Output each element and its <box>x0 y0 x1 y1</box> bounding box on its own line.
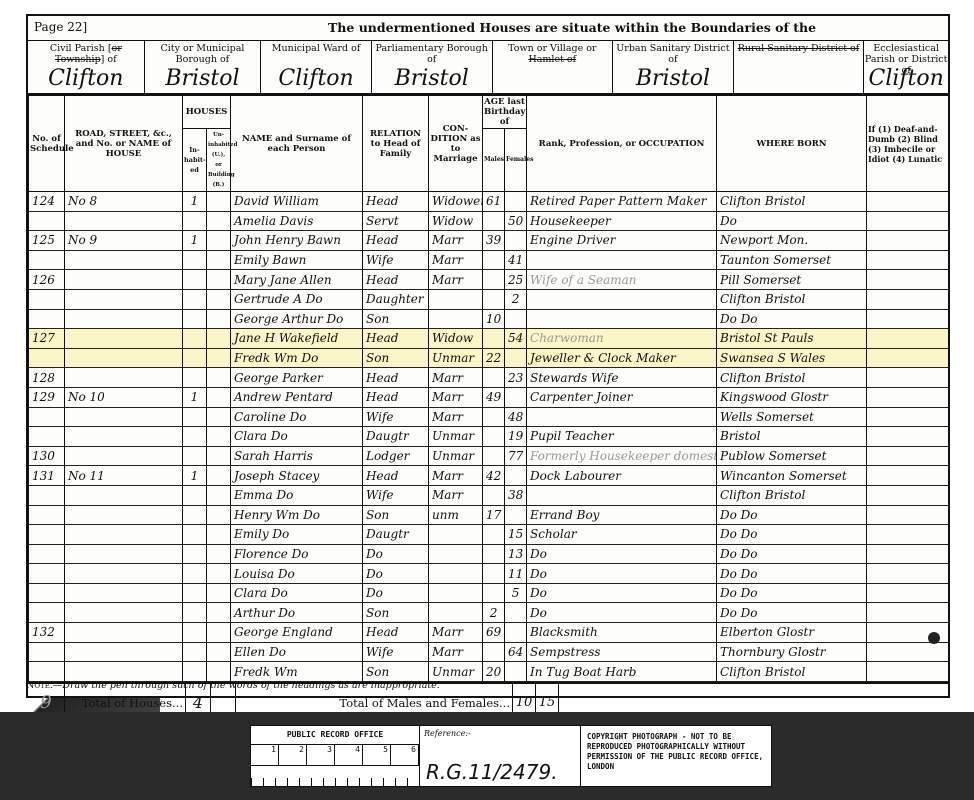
cell-schedule <box>29 662 65 682</box>
cell-condition: Widow <box>429 211 483 231</box>
table-row: Fredk WmSonUnmar20In Tug Boat HarbClifto… <box>29 662 949 682</box>
cell-occupation <box>527 485 717 505</box>
cell-condition: Marr <box>429 250 483 270</box>
cell-u <box>207 485 231 505</box>
cell-schedule <box>29 544 65 564</box>
census-sheet: Page 22] The undermentioned Houses are s… <box>26 14 950 698</box>
cell-schedule <box>29 642 65 662</box>
cell-inf <box>867 603 949 623</box>
cell-condition: Marr <box>429 642 483 662</box>
cell-road <box>65 407 183 427</box>
table-row: George Arthur DoSon10 MoDo Do <box>29 309 949 329</box>
scale-number: 5 <box>363 745 391 765</box>
cell-inf <box>867 309 949 329</box>
cell-name: George Parker <box>231 368 363 388</box>
cell-inf <box>867 525 949 545</box>
cell-femaleage: 41 <box>505 250 527 270</box>
cell-relation: Head <box>363 623 429 643</box>
cell-u <box>207 368 231 388</box>
cell-femaleage: 48 <box>505 407 527 427</box>
page-heading: The undermentioned Houses are situate wi… <box>328 20 816 35</box>
cell-inhabited: 1 <box>183 387 207 407</box>
cell-femaleage <box>505 387 527 407</box>
cell-femaleage: 64 <box>505 642 527 662</box>
cell-schedule: 129 <box>29 387 65 407</box>
cell-maleage <box>483 544 505 564</box>
cell-u <box>207 329 231 349</box>
cell-inf <box>867 485 949 505</box>
district-label: Rural Sanitary District of <box>734 41 864 54</box>
table-row: Florence DoDo13DoDo Do <box>29 544 949 564</box>
cell-road <box>65 603 183 623</box>
cell-femaleage <box>505 309 527 329</box>
table-row: Amelia DavisServtWidow50HousekeeperDo <box>29 211 949 231</box>
district-row: Civil Parish [or Township] ofCliftonCity… <box>28 41 948 95</box>
cell-u <box>207 309 231 329</box>
cell-born: Thornbury Glostr <box>717 642 867 662</box>
cell-road <box>65 250 183 270</box>
cell-condition <box>429 544 483 564</box>
cell-femaleage <box>505 192 527 212</box>
cell-name: Arthur Do <box>231 603 363 623</box>
cell-occupation: Do <box>527 583 717 603</box>
col-relation: RELATION to Head of Family <box>363 96 429 192</box>
cell-femaleage: 2 <box>505 289 527 309</box>
cell-born: Clifton Bristol <box>717 192 867 212</box>
district-value: Bristol <box>613 66 733 91</box>
cell-name: George England <box>231 623 363 643</box>
cell-schedule: 127 <box>29 329 65 349</box>
district-value: Clifton <box>864 66 948 91</box>
cell-relation: Son <box>363 603 429 623</box>
cell-born: Do Do <box>717 603 867 623</box>
cell-name: Andrew Pentard <box>231 387 363 407</box>
cell-condition: unm <box>429 505 483 525</box>
district-0: Civil Parish [or Township] ofClifton <box>28 41 145 93</box>
cell-road <box>65 505 183 525</box>
cell-inhabited <box>183 250 207 270</box>
cell-condition: Unmar <box>429 348 483 368</box>
cell-condition: Marr <box>429 387 483 407</box>
title-row: Page 22] The undermentioned Houses are s… <box>28 16 948 41</box>
cell-condition <box>429 603 483 623</box>
record-office-name: PUBLIC RECORD OFFICE <box>251 726 419 745</box>
cell-occupation: Errand Boy <box>527 505 717 525</box>
cell-name: Fredk Wm <box>231 662 363 682</box>
cell-road <box>65 583 183 603</box>
cell-u <box>207 466 231 486</box>
copyright-notice: COPYRIGHT PHOTOGRAPH - NOT TO BE REPRODU… <box>581 726 771 786</box>
cell-occupation: Housekeeper <box>527 211 717 231</box>
cell-u <box>207 348 231 368</box>
cell-road <box>65 564 183 584</box>
cell-name: Florence Do <box>231 544 363 564</box>
cell-schedule: 130 <box>29 446 65 466</box>
table-row: Gertrude A DoDaughter2Clifton Bristol <box>29 289 949 309</box>
table-row: Fredk Wm DoSonUnmar22Jeweller & Clock Ma… <box>29 348 949 368</box>
archive-label: PUBLIC RECORD OFFICE 123456 Reference:- … <box>250 725 772 787</box>
cell-femaleage: 11 <box>505 564 527 584</box>
cell-relation: Son <box>363 505 429 525</box>
col-males: Males <box>483 129 505 192</box>
cell-maleage: 69 <box>483 623 505 643</box>
cell-u <box>207 407 231 427</box>
cell-occupation: Engine Driver <box>527 231 717 251</box>
cell-inhabited <box>183 446 207 466</box>
cell-name: Joseph Stacey <box>231 466 363 486</box>
cell-occupation: Do <box>527 603 717 623</box>
cell-road <box>65 485 183 505</box>
cell-inhabited <box>183 329 207 349</box>
district-6: Rural Sanitary District of <box>734 41 865 93</box>
cell-name: Emma Do <box>231 485 363 505</box>
district-1: City or Municipal Borough ofBristol <box>145 41 262 93</box>
cell-name: David William <box>231 192 363 212</box>
cell-relation: Wife <box>363 485 429 505</box>
scale-ruler <box>251 766 419 786</box>
cell-u <box>207 250 231 270</box>
district-2: Municipal Ward ofClifton <box>261 41 372 93</box>
cell-maleage: 61 <box>483 192 505 212</box>
col-occupation: Rank, Profession, or OCCUPATION <box>527 96 717 192</box>
cell-u <box>207 623 231 643</box>
cell-maleage <box>483 446 505 466</box>
district-label: Town or Village or Hamlet of <box>493 41 613 65</box>
cell-inf <box>867 427 949 447</box>
cell-relation: Wife <box>363 642 429 662</box>
scale-number: 2 <box>279 745 307 765</box>
cell-relation: Wife <box>363 250 429 270</box>
cell-maleage: 2 <box>483 603 505 623</box>
cell-maleage <box>483 329 505 349</box>
col-born: WHERE BORN <box>717 96 867 192</box>
cell-maleage <box>483 564 505 584</box>
cell-condition: Marr <box>429 270 483 290</box>
cell-inhabited <box>183 407 207 427</box>
cell-condition <box>429 289 483 309</box>
struck-text: Hamlet of <box>528 54 576 65</box>
cell-inhabited: 1 <box>183 466 207 486</box>
cell-femaleage: 38 <box>505 485 527 505</box>
cell-road <box>65 309 183 329</box>
cell-inhabited <box>183 427 207 447</box>
cell-maleage <box>483 525 505 545</box>
reference-label: Reference:- <box>424 729 471 738</box>
col-age: AGE last Birthday of <box>483 96 527 129</box>
cell-relation: Head <box>363 368 429 388</box>
cell-schedule <box>29 603 65 623</box>
table-row: Henry Wm DoSonunm17Errand BoyDo Do <box>29 505 949 525</box>
cell-schedule: 131 <box>29 466 65 486</box>
district-value: Bristol <box>145 66 261 91</box>
cell-inhabited: 1 <box>183 231 207 251</box>
cell-femaleage: 13 <box>505 544 527 564</box>
cell-femaleage: 25 <box>505 270 527 290</box>
cell-relation: Son <box>363 348 429 368</box>
cell-born: Do Do <box>717 583 867 603</box>
cell-relation: Daugtr <box>363 525 429 545</box>
cell-born: Do Do <box>717 525 867 545</box>
cell-road <box>65 289 183 309</box>
col-inhabited: In-habit-ed <box>183 129 207 192</box>
cell-born: Clifton Bristol <box>717 485 867 505</box>
cell-schedule <box>29 211 65 231</box>
cell-inhabited <box>183 270 207 290</box>
table-row: 125No 91John Henry BawnHeadMarr39Engine … <box>29 231 949 251</box>
cell-name: George Arthur Do <box>231 309 363 329</box>
cell-inhabited <box>183 603 207 623</box>
cell-occupation: Carpenter Joiner <box>527 387 717 407</box>
cell-occupation <box>527 407 717 427</box>
cell-inf <box>867 505 949 525</box>
cell-name: John Henry Bawn <box>231 231 363 251</box>
cell-road <box>65 368 183 388</box>
col-females: Females <box>505 129 527 192</box>
cell-occupation: Do <box>527 564 717 584</box>
district-label: City or Municipal Borough of <box>145 41 261 65</box>
cell-relation: Lodger <box>363 446 429 466</box>
cell-born: Clifton Bristol <box>717 662 867 682</box>
cell-born: Do Do <box>717 505 867 525</box>
cell-maleage <box>483 250 505 270</box>
cell-road <box>65 427 183 447</box>
cell-u <box>207 525 231 545</box>
cell-inhabited <box>183 662 207 682</box>
table-row: Caroline DoWifeMarr48Wells Somerset <box>29 407 949 427</box>
cell-u <box>207 446 231 466</box>
cell-maleage <box>483 368 505 388</box>
district-7: Ecclesiastical Parish or District ofClif… <box>864 41 948 93</box>
cell-name: Amelia Davis <box>231 211 363 231</box>
reference-value: R.G.11/2479. <box>426 760 558 784</box>
cell-relation: Do <box>363 564 429 584</box>
cell-inf <box>867 211 949 231</box>
cell-condition: Unmar <box>429 427 483 447</box>
cell-relation: Daugtr <box>363 427 429 447</box>
cell-road <box>65 270 183 290</box>
cell-name: Sarah Harris <box>231 446 363 466</box>
cell-schedule: 124 <box>29 192 65 212</box>
table-row: 126Mary Jane AllenHeadMarr25Wife of a Se… <box>29 270 949 290</box>
cell-born: Elberton Glostr <box>717 623 867 643</box>
cell-schedule <box>29 583 65 603</box>
cell-road: No 9 <box>65 231 183 251</box>
cell-inhabited: 1 <box>183 192 207 212</box>
record-office-block: PUBLIC RECORD OFFICE 123456 <box>251 726 420 786</box>
cell-occupation: Do <box>527 544 717 564</box>
scale-number: 3 <box>307 745 335 765</box>
cell-condition: Unmar <box>429 446 483 466</box>
cell-inhabited <box>183 485 207 505</box>
district-value: Clifton <box>261 66 371 91</box>
cell-inhabited <box>183 544 207 564</box>
cell-femaleage: 19 <box>505 427 527 447</box>
cell-femaleage <box>505 623 527 643</box>
cell-occupation <box>527 309 717 329</box>
scale-number: 1 <box>251 745 279 765</box>
cell-name: Mary Jane Allen <box>231 270 363 290</box>
cell-born: Do Do <box>717 309 867 329</box>
cell-maleage <box>483 642 505 662</box>
cell-u <box>207 211 231 231</box>
cell-born: Swansea S Wales <box>717 348 867 368</box>
cell-relation: Wife <box>363 407 429 427</box>
district-value: Clifton <box>28 66 144 91</box>
cell-inhabited <box>183 642 207 662</box>
cell-relation: Head <box>363 466 429 486</box>
cell-occupation: Blacksmith <box>527 623 717 643</box>
cell-schedule <box>29 525 65 545</box>
page-number: Page 22] <box>34 20 87 34</box>
table-row: 129No 101Andrew PentardHeadMarr49Carpent… <box>29 387 949 407</box>
cell-maleage: 10 Mo <box>483 309 505 329</box>
district-value: Bristol <box>372 66 492 91</box>
cell-condition: Widow <box>429 329 483 349</box>
cell-road: No 11 <box>65 466 183 486</box>
cell-inf <box>867 192 949 212</box>
cell-inf <box>867 387 949 407</box>
cell-name: Clara Do <box>231 583 363 603</box>
cell-inf <box>867 289 949 309</box>
district-5: Urban Sanitary District ofBristol <box>613 41 734 93</box>
cell-inf <box>867 368 949 388</box>
cell-condition: Widower <box>429 192 483 212</box>
scale-number: 6 <box>391 745 419 765</box>
cell-name: Gertrude A Do <box>231 289 363 309</box>
cell-born: Taunton Somerset <box>717 250 867 270</box>
cell-u <box>207 289 231 309</box>
note-prefix: Note. <box>26 680 53 691</box>
cell-inhabited <box>183 289 207 309</box>
cell-born: Newport Mon. <box>717 231 867 251</box>
cell-schedule <box>29 505 65 525</box>
cell-femaleage <box>505 348 527 368</box>
cell-road <box>65 211 183 231</box>
cell-road <box>65 329 183 349</box>
cell-maleage <box>483 289 505 309</box>
table-row: Ellen DoWifeMarr64SempstressThornbury Gl… <box>29 642 949 662</box>
cell-relation: Head <box>363 387 429 407</box>
cell-name: Jane H Wakefield <box>231 329 363 349</box>
cell-inf <box>867 231 949 251</box>
cell-inf <box>867 466 949 486</box>
cell-maleage: 17 <box>483 505 505 525</box>
cell-schedule <box>29 427 65 447</box>
cell-femaleage <box>505 662 527 682</box>
cell-road <box>65 348 183 368</box>
cell-maleage <box>483 211 505 231</box>
cell-name: Fredk Wm Do <box>231 348 363 368</box>
cell-inf <box>867 446 949 466</box>
district-label: Municipal Ward of <box>261 41 371 54</box>
cell-born: Clifton Bristol <box>717 368 867 388</box>
cell-road <box>65 525 183 545</box>
struck-text: or Township <box>55 43 122 65</box>
cell-born: Wells Somerset <box>717 407 867 427</box>
cell-relation: Do <box>363 544 429 564</box>
col-condition: CON-DITION as to Marriage <box>429 96 483 192</box>
cell-condition <box>429 309 483 329</box>
cell-inf <box>867 329 949 349</box>
cell-u <box>207 603 231 623</box>
cell-occupation <box>527 289 717 309</box>
cell-inhabited <box>183 583 207 603</box>
cell-u <box>207 387 231 407</box>
cell-inf <box>867 662 949 682</box>
cell-name: Louisa Do <box>231 564 363 584</box>
cell-road <box>65 623 183 643</box>
cell-inhabited <box>183 211 207 231</box>
census-rows: 124No 81David WilliamHeadWidower61Retire… <box>29 192 949 682</box>
cell-u <box>207 192 231 212</box>
cell-inf <box>867 564 949 584</box>
cell-femaleage: 15 <box>505 525 527 545</box>
cell-schedule <box>29 289 65 309</box>
cell-condition: Unmar <box>429 662 483 682</box>
cell-occupation: Formerly Housekeeper domestic Servt <box>527 446 717 466</box>
district-4: Town or Village or Hamlet of <box>493 41 614 93</box>
cell-born: Wincanton Somerset <box>717 466 867 486</box>
cell-road <box>65 544 183 564</box>
cell-femaleage: 54 <box>505 329 527 349</box>
cell-inf <box>867 250 949 270</box>
cell-schedule <box>29 250 65 270</box>
cell-femaleage <box>505 231 527 251</box>
cell-road <box>65 642 183 662</box>
cell-u <box>207 583 231 603</box>
col-road: ROAD, STREET, &c., and No. or NAME of HO… <box>65 96 183 192</box>
table-row: 124No 81David WilliamHeadWidower61Retire… <box>29 192 949 212</box>
cell-femaleage: 77 <box>505 446 527 466</box>
cell-femaleage <box>505 505 527 525</box>
cell-maleage: 20 <box>483 662 505 682</box>
cell-schedule <box>29 348 65 368</box>
table-row: Emily DoDaugtr15ScholarDo Do <box>29 525 949 545</box>
cell-name: Caroline Do <box>231 407 363 427</box>
district-3: Parliamentary Borough ofBristol <box>372 41 493 93</box>
cell-born: Clifton Bristol <box>717 289 867 309</box>
district-label: Civil Parish [or Township] of <box>28 41 144 65</box>
cell-occupation: Stewards Wife <box>527 368 717 388</box>
table-row: Emma DoWifeMarr38Clifton Bristol <box>29 485 949 505</box>
cell-maleage: 22 <box>483 348 505 368</box>
scale-number: 4 <box>335 745 363 765</box>
cell-u <box>207 427 231 447</box>
note-text: —Draw the pen through such of the words … <box>53 680 440 691</box>
cell-relation: Son <box>363 309 429 329</box>
table-row: Louisa DoDo11DoDo Do <box>29 564 949 584</box>
cell-name: Ellen Do <box>231 642 363 662</box>
binding-hole <box>928 632 940 644</box>
cell-name: Clara Do <box>231 427 363 447</box>
cell-inf <box>867 642 949 662</box>
cell-born: Pill Somerset <box>717 270 867 290</box>
cell-born: Do <box>717 211 867 231</box>
cell-u <box>207 642 231 662</box>
cell-inf <box>867 407 949 427</box>
census-table: No. of Schedule ROAD, STREET, &c., and N… <box>28 95 949 682</box>
cell-born: Kingswood Glostr <box>717 387 867 407</box>
cell-born: Do Do <box>717 544 867 564</box>
cell-maleage <box>483 583 505 603</box>
table-row: Clara DoDaugtrUnmar19Pupil TeacherBristo… <box>29 427 949 447</box>
cell-road: No 8 <box>65 192 183 212</box>
cell-inhabited <box>183 368 207 388</box>
cell-schedule: 126 <box>29 270 65 290</box>
table-row: 128George ParkerHeadMarr23Stewards WifeC… <box>29 368 949 388</box>
cell-inf <box>867 544 949 564</box>
district-label: Parliamentary Borough of <box>372 41 492 65</box>
